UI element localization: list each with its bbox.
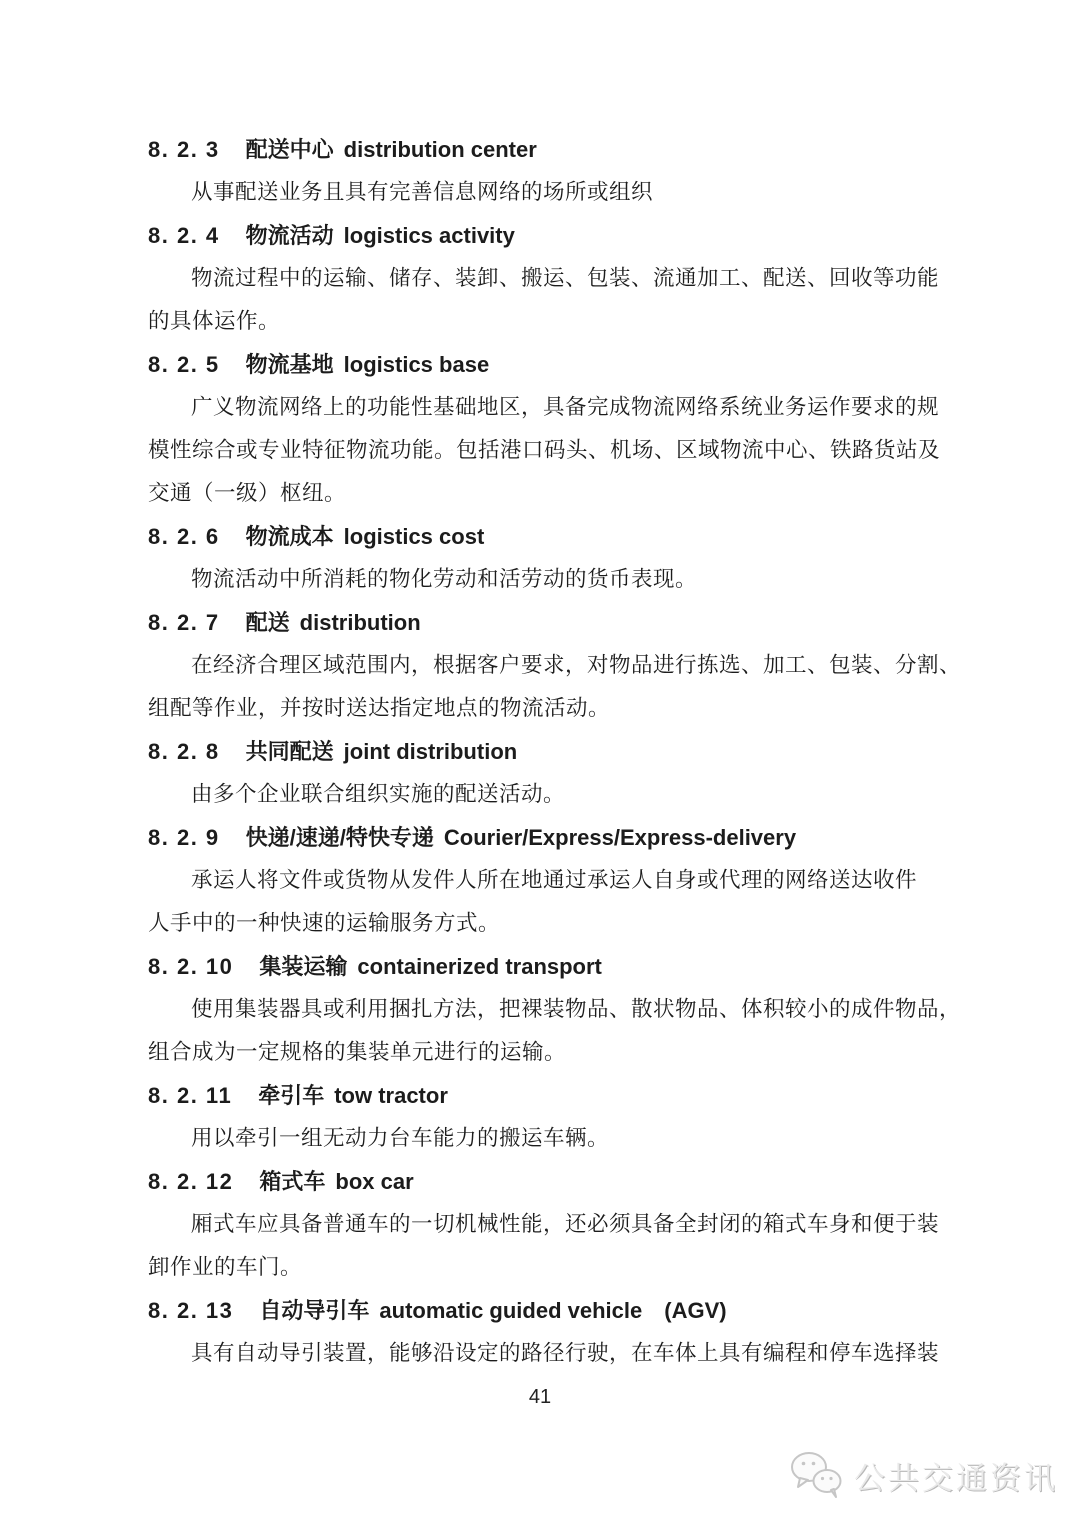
term-section: 8. 2. 8共同配送joint distribution由多个企业联合组织实施… — [148, 730, 938, 816]
clause-number: 8. 2. 11 — [148, 1083, 232, 1108]
definition-line: 使用集装器具或利用捆扎方法，把裸装物品、散状物品、体积较小的成件物品， — [148, 988, 938, 1031]
definition-line: 组合成为一定规格的集装单元进行的运输。 — [148, 1031, 938, 1074]
term-heading: 8. 2. 3配送中心distribution center — [148, 128, 938, 171]
definition-line: 由多个企业联合组织实施的配送活动。 — [148, 773, 938, 816]
term-zh: 共同配送 — [246, 739, 334, 764]
clause-number: 8. 2. 6 — [148, 524, 220, 549]
term-zh: 物流活动 — [246, 223, 334, 248]
term-section: 8. 2. 7配送distribution在经济合理区域范围内，根据客户要求，对… — [148, 601, 938, 730]
definition-line: 承运人将文件或货物从发件人所在地通过承运人自身或代理的网络送达收件 — [148, 859, 938, 902]
term-zh: 自动导引车 — [259, 1298, 369, 1323]
clause-number: 8. 2. 4 — [148, 223, 220, 248]
term-heading: 8. 2. 6物流成本logistics cost — [148, 515, 938, 558]
term-zh: 快递/速递/特快专递 — [246, 825, 434, 850]
term-heading: 8. 2. 11牵引车tow tractor — [148, 1074, 938, 1117]
term-zh: 物流成本 — [246, 524, 334, 549]
watermark: 公共交通资讯 — [788, 1450, 1058, 1500]
definition-line: 在经济合理区域范围内，根据客户要求，对物品进行拣选、加工、包装、分割、 — [148, 644, 938, 687]
definition-line: 交通（一级）枢纽。 — [148, 472, 938, 515]
definition-line: 模性综合或专业特征物流功能。包括港口码头、机场、区域物流中心、铁路货站及 — [148, 429, 938, 472]
definition-line: 物流活动中所消耗的物化劳动和活劳动的货币表现。 — [148, 558, 938, 601]
definition-line: 物流过程中的运输、储存、装卸、搬运、包装、流通加工、配送、回收等功能 — [148, 257, 938, 300]
term-en: logistics cost — [344, 524, 485, 549]
clause-number: 8. 2. 13 — [148, 1298, 233, 1323]
definition-line: 厢式车应具备普通车的一切机械性能，还必须具备全封闭的箱式车身和便于装 — [148, 1203, 938, 1246]
definition-line: 用以牵引一组无动力台车能力的搬运车辆。 — [148, 1117, 938, 1160]
clause-number: 8. 2. 10 — [148, 954, 233, 979]
clause-number: 8. 2. 8 — [148, 739, 220, 764]
clause-number: 8. 2. 7 — [148, 610, 220, 635]
page-number: 41 — [0, 1386, 1080, 1409]
term-en: tow tractor — [334, 1083, 448, 1108]
term-zh: 集装运输 — [259, 954, 347, 979]
term-zh: 箱式车 — [259, 1169, 325, 1194]
definition-line: 广义物流网络上的功能性基础地区，具备完成物流网络系统业务运作要求的规 — [148, 386, 938, 429]
term-section: 8. 2. 11牵引车tow tractor用以牵引一组无动力台车能力的搬运车辆… — [148, 1074, 938, 1160]
term-en: distribution center — [344, 137, 537, 162]
term-section: 8. 2. 3配送中心distribution center从事配送业务且具有完… — [148, 128, 938, 214]
term-heading: 8. 2. 8共同配送joint distribution — [148, 730, 938, 773]
term-en: distribution — [300, 610, 421, 635]
clause-number: 8. 2. 3 — [148, 137, 220, 162]
sections-container: 8. 2. 3配送中心distribution center从事配送业务且具有完… — [148, 128, 938, 1375]
term-zh: 配送中心 — [246, 137, 334, 162]
definition-line: 卸作业的车门。 — [148, 1246, 938, 1289]
term-heading: 8. 2. 9快递/速递/特快专递Courier/Express/Express… — [148, 816, 938, 859]
term-section: 8. 2. 9快递/速递/特快专递Courier/Express/Express… — [148, 816, 938, 945]
term-en: logistics activity — [344, 223, 515, 248]
definition-line: 具有自动导引装置，能够沿设定的路径行驶，在车体上具有编程和停车选择装 — [148, 1332, 938, 1375]
definition-line: 人手中的一种快速的运输服务方式。 — [148, 902, 938, 945]
term-heading: 8. 2. 5物流基地logistics base — [148, 343, 938, 386]
term-en: automatic guided vehicle (AGV) — [379, 1298, 726, 1323]
term-en: joint distribution — [344, 739, 518, 764]
term-zh: 物流基地 — [246, 352, 334, 377]
clause-number: 8. 2. 9 — [148, 825, 220, 850]
definition-line: 组配等作业，并按时送达指定地点的物流活动。 — [148, 687, 938, 730]
term-en: containerized transport — [357, 954, 601, 979]
definition-line: 从事配送业务且具有完善信息网络的场所或组织 — [148, 171, 938, 214]
term-section: 8. 2. 13自动导引车automatic guided vehicle (A… — [148, 1289, 938, 1375]
watermark-text: 公共交通资讯 — [854, 1453, 1058, 1498]
term-section: 8. 2. 10集装运输containerized transport使用集装器… — [148, 945, 938, 1074]
term-heading: 8. 2. 7配送distribution — [148, 601, 938, 644]
term-section: 8. 2. 6物流成本logistics cost物流活动中所消耗的物化劳动和活… — [148, 515, 938, 601]
document-page: 8. 2. 3配送中心distribution center从事配送业务且具有完… — [0, 0, 1080, 1527]
term-section: 8. 2. 4物流活动logistics activity物流过程中的运输、储存… — [148, 214, 938, 343]
term-section: 8. 2. 5物流基地logistics base广义物流网络上的功能性基础地区… — [148, 343, 938, 515]
term-zh: 牵引车 — [258, 1083, 324, 1108]
term-heading: 8. 2. 4物流活动logistics activity — [148, 214, 938, 257]
term-heading: 8. 2. 12箱式车box car — [148, 1160, 938, 1203]
term-section: 8. 2. 12箱式车box car厢式车应具备普通车的一切机械性能，还必须具备… — [148, 1160, 938, 1289]
definition-line: 的具体运作。 — [148, 300, 938, 343]
wechat-icon — [788, 1450, 846, 1500]
term-zh: 配送 — [246, 610, 290, 635]
term-en: box car — [335, 1169, 413, 1194]
term-en: Courier/Express/Express-delivery — [444, 825, 796, 850]
term-heading: 8. 2. 13自动导引车automatic guided vehicle (A… — [148, 1289, 938, 1332]
clause-number: 8. 2. 12 — [148, 1169, 233, 1194]
clause-number: 8. 2. 5 — [148, 352, 220, 377]
term-heading: 8. 2. 10集装运输containerized transport — [148, 945, 938, 988]
term-en: logistics base — [344, 352, 490, 377]
